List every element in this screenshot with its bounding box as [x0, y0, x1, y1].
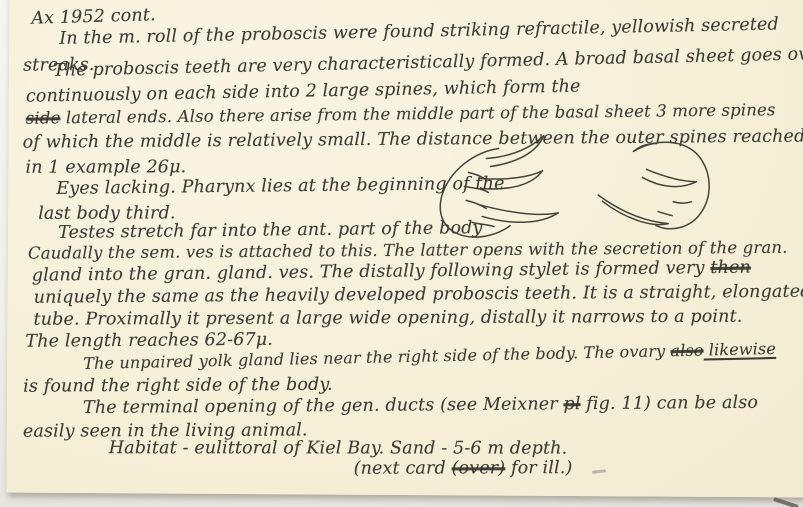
handwritten-line-21: Habitat - eulittoral of Kiel Bay. Sand -… [109, 437, 568, 459]
handwritten-line-14: uniquely the same as the heavily develop… [34, 281, 803, 309]
struck-text-segment: (over) [452, 458, 506, 478]
handwritten-text-segment: in 1 example 26μ. [25, 157, 186, 177]
photographed-note-card-page: Ax 1952 cont.In the m. roll of the probo… [0, 0, 803, 507]
struck-text-segment: side [26, 108, 61, 127]
handwritten-text-segment: uniquely the same as the heavily develop… [34, 282, 803, 308]
handwritten-line-19: The terminal opening of the gen. ducts (… [83, 392, 758, 419]
handwritten-line-15: tube. Proximally it present a large wide… [33, 306, 742, 331]
handwritten-text-segment: is found the right side of the body. [23, 375, 333, 397]
index-card: Ax 1952 cont.In the m. roll of the probo… [6, 0, 803, 497]
struck-text-segment: pl [563, 394, 580, 414]
handwritten-text-segment: Ax 1952 cont. [31, 5, 156, 29]
handwritten-text-segment: The terminal opening of the gen. ducts (… [83, 394, 564, 418]
handwritten-text-segment: tube. Proximally it present a large wide… [33, 307, 742, 330]
handwritten-text-segment: (next card [354, 458, 452, 478]
handwritten-text-segment: The length reaches 62-67μ. [25, 330, 273, 352]
handwritten-text-segment: likewise [703, 339, 776, 360]
handwritten-text-segment: The proboscis teeth are very characteris… [53, 44, 803, 81]
struck-text-segment: then [710, 258, 751, 278]
handwritten-line-22: (next card (over) for ill.) [354, 457, 573, 480]
handwritten-line-4: The proboscis teeth are very characteris… [53, 43, 803, 82]
proboscis-teeth-sketch [428, 130, 719, 244]
handwritten-text-segment: Habitat - eulittoral of Kiel Bay. Sand -… [109, 438, 568, 458]
handwritten-line-18: is found the right side of the body. [23, 374, 333, 398]
struck-text-segment: also [670, 340, 704, 360]
handwritten-text-segment: for ill.) [505, 458, 572, 478]
handwritten-line-2: In the m. roll of the proboscis were fou… [59, 13, 779, 49]
handwritten-text-segment: In the m. roll of the proboscis were fou… [59, 14, 779, 48]
handwritten-line-8: in 1 example 26μ. [25, 156, 186, 178]
handwritten-text-segment: fig. 11) can be also [580, 393, 758, 414]
handwriting-layer: Ax 1952 cont.In the m. roll of the probo… [0, 0, 803, 507]
